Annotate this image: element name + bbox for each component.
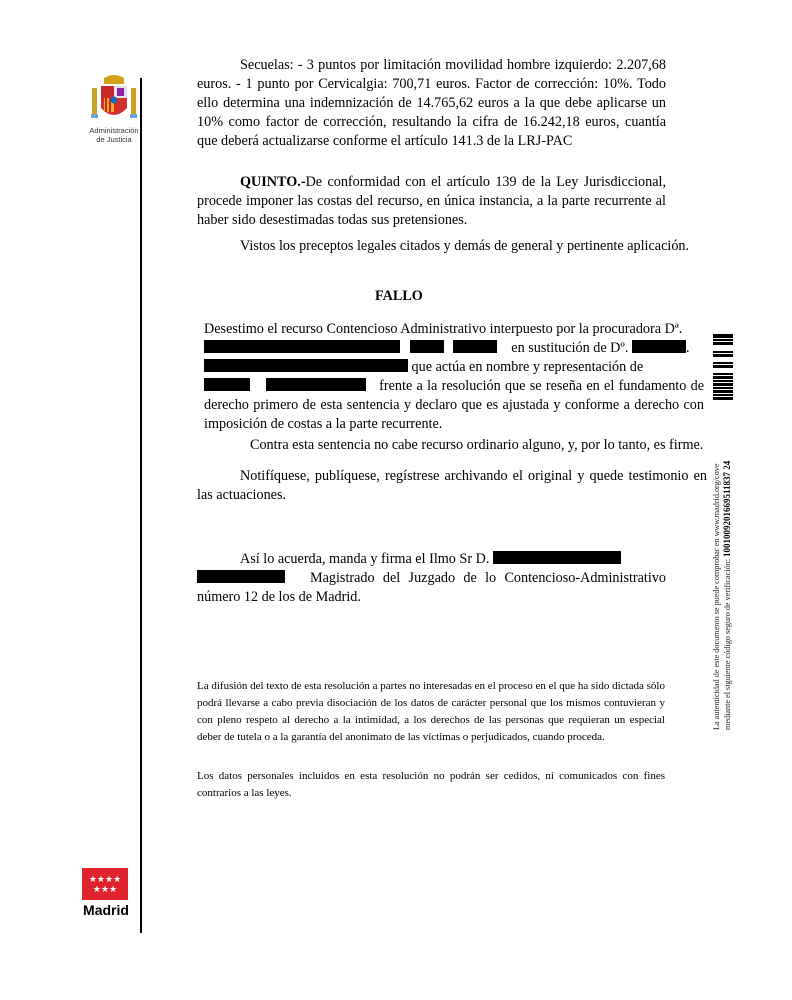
- redacted-block: [493, 551, 621, 564]
- verification-line2: mediante el siguiente código seguro de v…: [723, 559, 732, 730]
- fallo-text-a: Desestimo el recurso Contencioso Adminis…: [204, 321, 682, 337]
- logo-label-line1: Administración: [76, 126, 152, 135]
- margin-rule: [140, 78, 142, 933]
- signature-paragraph: Así lo acuerda, manda y firma el Ilmo Sr…: [197, 550, 666, 607]
- barcode-icon: [713, 334, 733, 400]
- fallo-text-c: que actúa en nombre y representación de: [412, 359, 644, 375]
- fallo-paragraph: Desestimo el recurso Contencioso Adminis…: [204, 320, 704, 434]
- redacted-block: [204, 378, 250, 391]
- verification-code: 1001009201669511837 24: [722, 461, 732, 557]
- fallo-text-b: en sustitución de Dº.: [511, 340, 628, 356]
- redacted-block: [197, 570, 285, 583]
- signature-text-a: Así lo acuerda, manda y firma el Ilmo Sr…: [240, 551, 489, 567]
- verification-line1: La autenticidad de este documento se pue…: [712, 440, 722, 730]
- coat-of-arms-icon: [90, 74, 138, 124]
- privacy-notice-1: La difusión del texto de esta resolución…: [197, 678, 665, 746]
- privacy-notice-2: Los datos personales incluidos en esta r…: [197, 768, 665, 802]
- logo-label-line2: de Justicia: [76, 135, 152, 144]
- quinto-label: QUINTO.-: [240, 174, 306, 190]
- comunidad-madrid-logo: ★★★★★★★ Madrid: [82, 868, 130, 918]
- contra-paragraph: Contra esta sentencia no cabe recurso or…: [250, 436, 710, 455]
- madrid-logo-label: Madrid: [82, 902, 130, 918]
- vistos-paragraph: Vistos los preceptos legales citados y d…: [197, 237, 697, 256]
- redacted-block: [266, 378, 366, 391]
- redacted-block: [410, 340, 444, 353]
- secuelas-paragraph: Secuelas: - 3 puntos por limitación movi…: [197, 56, 666, 151]
- madrid-flag-stars-icon: ★★★★★★★: [82, 868, 128, 900]
- redacted-block: [453, 340, 497, 353]
- verification-notice: La autenticidad de este documento se pue…: [712, 440, 733, 730]
- administracion-justicia-logo: Administración de Justicia: [76, 74, 152, 144]
- notifiquese-paragraph: Notifíquese, publíquese, regístrese arch…: [197, 467, 707, 505]
- fallo-heading: FALLO: [375, 288, 423, 305]
- quinto-paragraph: QUINTO.-De conformidad con el artículo 1…: [197, 173, 666, 230]
- redacted-block: [204, 359, 408, 372]
- redacted-block: [632, 340, 686, 353]
- redacted-block: [204, 340, 400, 353]
